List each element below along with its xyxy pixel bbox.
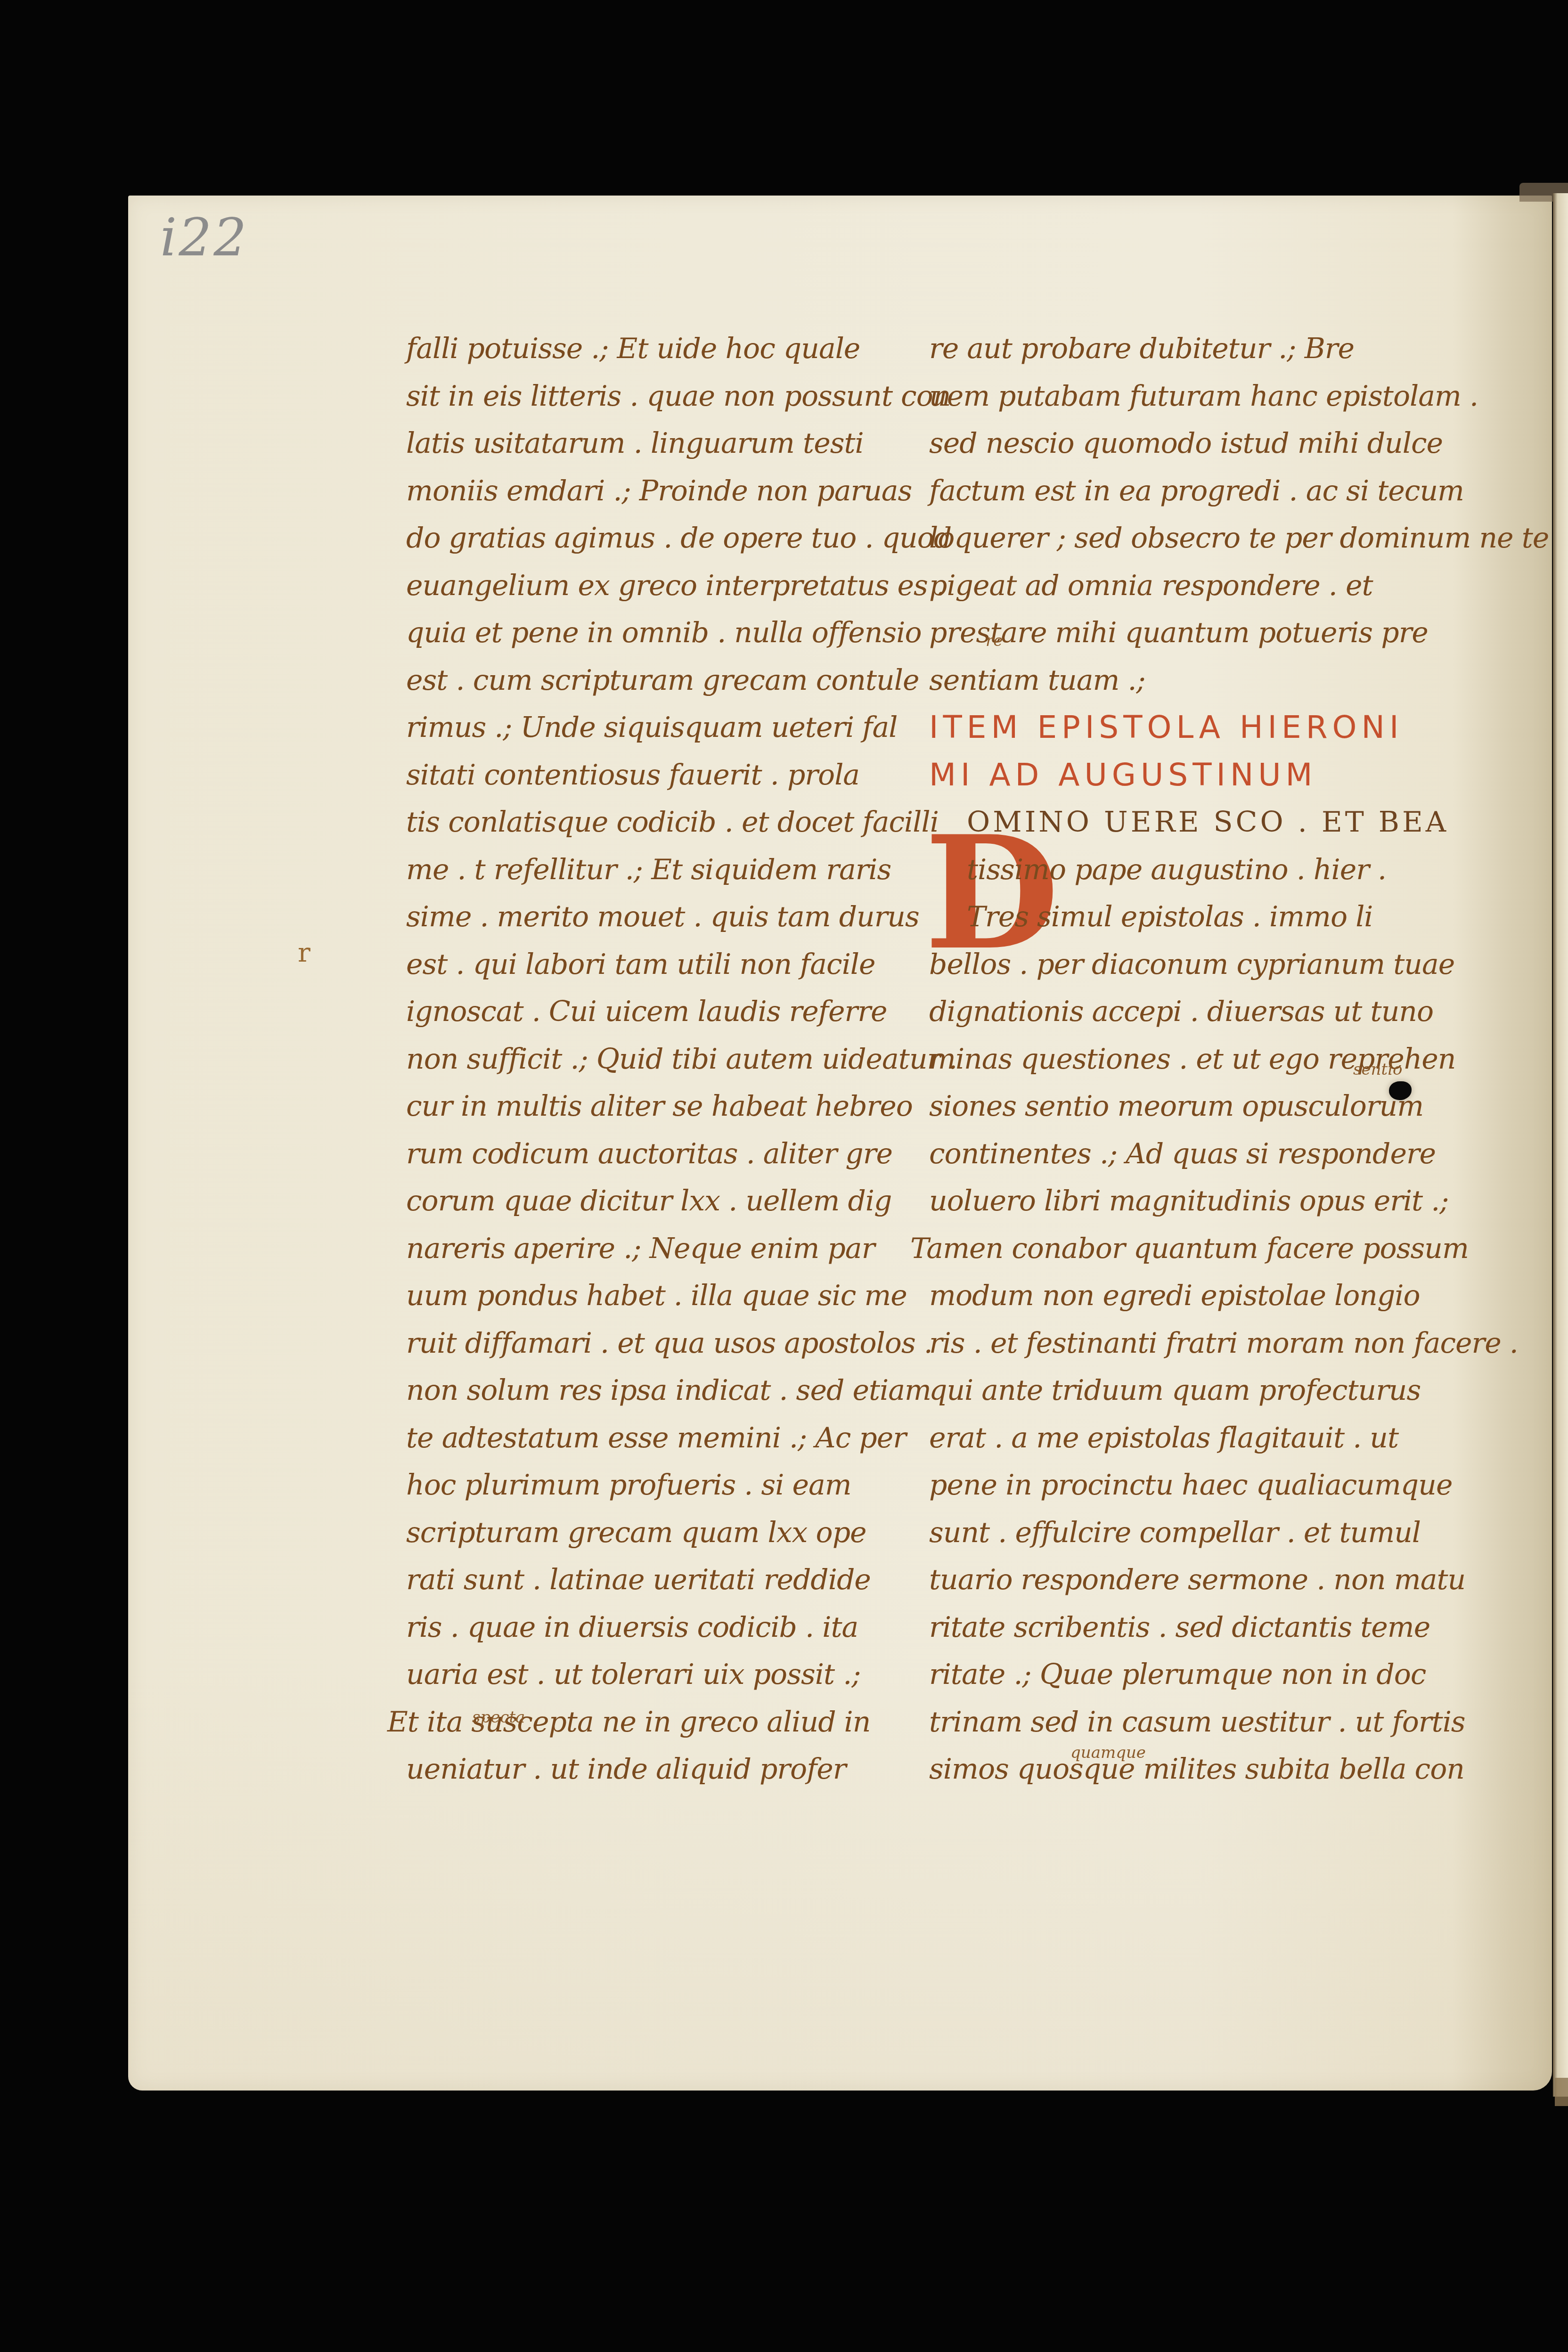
text-line: tissimo pape augustino . hier . xyxy=(929,846,1485,894)
text-line: Tamen conabor quantum facere possum xyxy=(910,1225,1485,1273)
text-line: sime . merito mouet . quis tam durus xyxy=(406,893,943,941)
text-line: factum est in ea progredi . ac si tecum xyxy=(929,467,1485,515)
text-line: scripturam grecam quam lxx ope xyxy=(406,1509,943,1557)
text-line: est . qui labori tam utili non facile xyxy=(406,941,943,988)
left-column: falli potuisse .; Et uide hoc quale sit … xyxy=(406,325,943,1793)
text-line: uoluero libri magnitudinis opus erit .; xyxy=(929,1177,1485,1225)
text-line: hoc plurimum profueris . si eam xyxy=(406,1462,943,1509)
binding-edge-bottom xyxy=(1555,2078,1568,2106)
right-column: re aut probare dubitetur .; Bre uem puta… xyxy=(929,325,1485,1793)
text-line: modum non egredi epistolae longio xyxy=(929,1272,1485,1320)
text-line: te adtestatum esse memini .; Ac per xyxy=(406,1414,943,1462)
text-line: sentiam tuam .; xyxy=(929,657,1485,704)
text-line: qui ante triduum quam profecturus xyxy=(929,1367,1485,1414)
text-line: rimus .; Unde siquisquam ueteri fal xyxy=(406,704,943,751)
text-line: est . cum scripturam grecam contule xyxy=(406,657,943,704)
text-line: ris . quae in diuersis codicib . ita xyxy=(406,1604,943,1651)
text-line: simos quosque milites subita bella con xyxy=(929,1746,1485,1793)
text-line: pigeat ad omnia respondere . et xyxy=(929,562,1485,610)
text-line: sed nescio quomodo istud mihi dulce xyxy=(929,420,1485,467)
text-line: sunt . effulcire compellar . et tumul xyxy=(929,1509,1485,1557)
text-line: re aut probare dubitetur .; Bre xyxy=(929,325,1485,373)
text-line: ueniatur . ut inde aliquid profer xyxy=(406,1746,943,1793)
text-line: nareris aperire .; Neque enim par xyxy=(406,1225,943,1273)
text-line: cur in multis aliter se habeat hebreo xyxy=(406,1083,943,1130)
text-line: loquerer ; sed obsecro te per dominum ne… xyxy=(929,514,1485,562)
text-line: tuario respondere sermone . non matu xyxy=(929,1556,1485,1604)
adjacent-leaf-edge xyxy=(1553,193,1568,2097)
interlinear-gloss: specta xyxy=(472,1708,525,1727)
text-line: continentes .; Ad quas si respondere xyxy=(929,1130,1485,1178)
text-line: corum quae dicitur lxx . uellem dig xyxy=(406,1177,943,1225)
text-line: siones sentio meorum opusculorum xyxy=(929,1083,1485,1130)
text-line: pene in procinctu haec qualiacumque xyxy=(929,1462,1485,1509)
rubric-heading-line-1: ITEM EPISTOLA HIERONI xyxy=(929,704,1485,751)
text-line: euangelium ex greco interpretatus es . xyxy=(406,562,943,610)
text-line: falli potuisse .; Et uide hoc quale xyxy=(406,325,943,373)
text-line: rum codicum auctoritas . aliter gre xyxy=(406,1130,943,1178)
folio-number: i22 xyxy=(160,207,248,268)
text-line: rati sunt . latinae ueritati reddide xyxy=(406,1556,943,1604)
text-line: moniis emdari .; Proinde non paruas xyxy=(406,467,943,515)
text-line: me . t refellitur .; Et siquidem raris xyxy=(406,846,943,894)
text-line: ritate .; Quae plerumque non in doc xyxy=(929,1651,1485,1699)
text-line: ris . et festinanti fratri moram non fac… xyxy=(929,1320,1485,1367)
text-line: sit in eis litteris . quae non possunt c… xyxy=(406,373,943,420)
interlinear-gloss: sentio xyxy=(1353,1060,1402,1079)
text-line: quia et pene in omnib . nulla offensio xyxy=(406,609,943,657)
margin-mark: r xyxy=(298,938,310,968)
text-line: Tres simul epistolas . immo li xyxy=(929,893,1485,941)
text-line: non sufficit .; Quid tibi autem uideatur… xyxy=(406,1036,943,1083)
interlinear-gloss: quamque xyxy=(1070,1743,1146,1762)
text-line: prestare mihi quantum potueris pre xyxy=(929,609,1485,657)
text-line: bellos . per diaconum cyprianum tuae xyxy=(929,941,1485,988)
rubric-heading-line-2: MI AD AUGUSTINUM xyxy=(929,751,1485,799)
text-line: ignoscat . Cui uicem laudis referre xyxy=(406,988,943,1036)
text-line: uem putabam futuram hanc epistolam . xyxy=(929,373,1485,420)
text-line: tis conlatisque codicib . et docet facil… xyxy=(406,799,943,846)
text-line: uum pondus habet . illa quae sic me xyxy=(406,1272,943,1320)
text-line: trinam sed in casum uestitur . ut fortis xyxy=(929,1699,1485,1746)
text-line: non solum res ipsa indicat . sed etiam xyxy=(406,1367,943,1414)
text-line: ritate scribentis . sed dictantis teme xyxy=(929,1604,1485,1651)
text-line: uaria est . ut tolerari uix possit .; xyxy=(406,1651,943,1699)
text-line: latis usitatarum . linguarum testi xyxy=(406,420,943,467)
text-line: sitati contentiosus fauerit . prola xyxy=(406,751,943,799)
text-line: Et ita suscepta ne in greco aliud in xyxy=(387,1699,943,1746)
text-line: OMINO UERE SCO . ET BEA xyxy=(929,799,1485,846)
text-line: dignationis accepi . diuersas ut tuno xyxy=(929,988,1485,1036)
text-line: do gratias agimus . de opere tuo . quod xyxy=(406,514,943,562)
text-line: erat . a me epistolas flagitauit . ut xyxy=(929,1414,1485,1462)
text-line: ruit diffamari . et qua usos apostolos . xyxy=(406,1320,943,1367)
interlinear-gloss: re xyxy=(986,631,1003,650)
